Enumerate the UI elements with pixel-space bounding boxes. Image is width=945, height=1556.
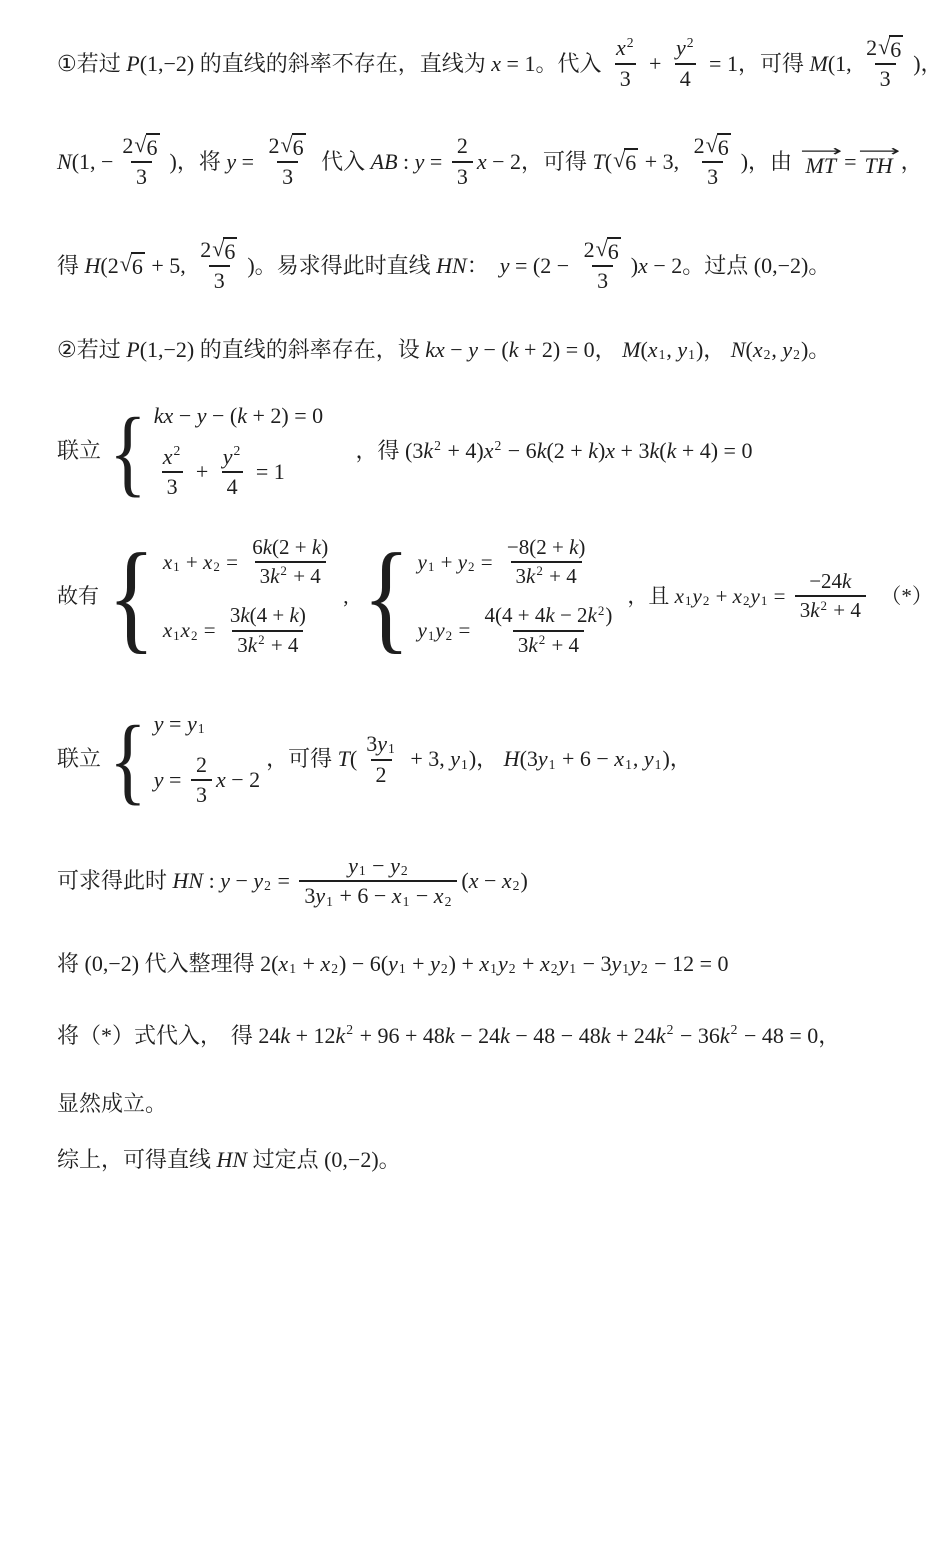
line-case2-system-substitution: 联立{kx − y − (k + 2) = 0x23 + y24 = 1，得 (…: [57, 402, 752, 501]
line-case1-vertical-slope: ①若过 P(1,−2) 的直线的斜率不存在，直线为 x = 1。代入 x23 +…: [57, 34, 937, 94]
line-case2-vieta-results: 故有{x1 + x2 = 6k(2 + k)3k2 + 4x1x2 = 3k(4…: [57, 534, 933, 659]
line-case2-substitute-point: 将 (0,−2) 代入整理得 2(x1 + x2) − 6(y1 + y2) +…: [57, 950, 729, 979]
line-case2-points-t-h: 联立{y = y1y = 23x − 2，可得 T(3y12 + 3, y1)，…: [57, 710, 692, 809]
line-case2-hn-equation: 可求得此时 HN : y − y2 = y1 − y23y1 + 6 − x1 …: [57, 852, 528, 911]
document-page: ①若过 P(1,−2) 的直线的斜率不存在，直线为 x = 1。代入 x23 +…: [0, 0, 945, 1556]
line-case2-setup: ②若过 P(1,−2) 的直线的斜率存在，设 kx − y − (k + 2) …: [57, 336, 830, 365]
line-case1-points-n-t: N(1, −2√63)，将 y = 2√63 代入 AB : y = 23x −…: [57, 132, 923, 192]
line-final-conclusion: 综上，可得直线 HN 过定点 (0,−2)。: [57, 1146, 401, 1175]
line-case2-conclusion-holds: 显然成立。: [57, 1090, 167, 1119]
line-case2-substitute-star: 将（*）式代入，得 24k + 12k2 + 96 + 48k − 24k − …: [57, 1022, 840, 1051]
line-case1-hn-line: 得 H(2√6 + 5, 2√63)。易求得此时直线 HN： y = (2 − …: [57, 236, 830, 296]
